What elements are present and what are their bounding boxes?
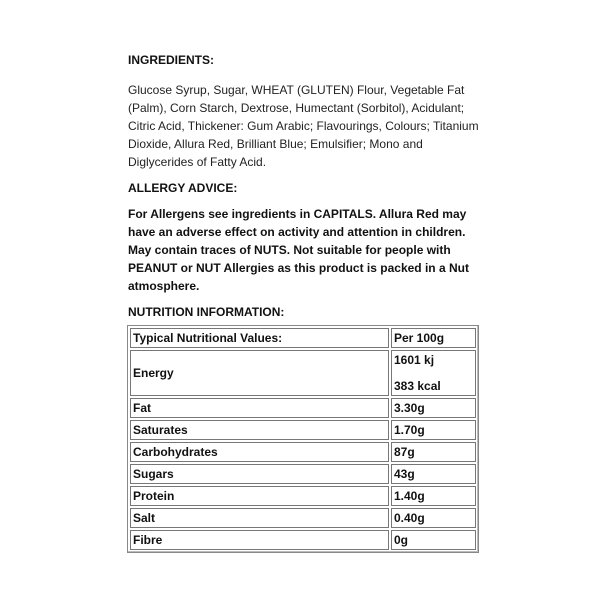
ingredients-heading: INGREDIENTS: — [128, 52, 488, 68]
energy-kj: 1601 kj — [394, 352, 473, 368]
table-row: Fibre0g — [130, 530, 476, 550]
table-row-energy: Energy 1601 kj 383 kcal — [130, 350, 476, 396]
nutrient-label: Salt — [130, 508, 389, 528]
nutrient-value: 1.70g — [391, 420, 476, 440]
nutrient-label: Fat — [130, 398, 389, 418]
table-row: Saturates1.70g — [130, 420, 476, 440]
nutrient-value: 0g — [391, 530, 476, 550]
nutrient-value: 1.40g — [391, 486, 476, 506]
energy-label: Energy — [130, 350, 389, 396]
nutrient-label: Protein — [130, 486, 389, 506]
header-value: Per 100g — [391, 328, 476, 348]
product-info: INGREDIENTS: Glucose Syrup, Sugar, WHEAT… — [128, 48, 488, 320]
ingredients-text: Glucose Syrup, Sugar, WHEAT (GLUTEN) Flo… — [128, 81, 488, 171]
table-header-row: Typical Nutritional Values: Per 100g — [130, 328, 476, 348]
nutrition-heading: NUTRITION INFORMATION: — [128, 304, 488, 320]
allergy-text: For Allergens see ingredients in CAPITAL… — [128, 205, 488, 295]
table-row: Fat3.30g — [130, 398, 476, 418]
allergy-heading: ALLERGY ADVICE: — [128, 180, 488, 196]
energy-kcal: 383 kcal — [394, 378, 473, 394]
nutrient-value: 43g — [391, 464, 476, 484]
nutrition-table: Typical Nutritional Values: Per 100g Ene… — [127, 325, 479, 553]
nutrient-value: 0.40g — [391, 508, 476, 528]
nutrient-label: Carbohydrates — [130, 442, 389, 462]
nutrient-value: 3.30g — [391, 398, 476, 418]
nutrient-label: Saturates — [130, 420, 389, 440]
header-label: Typical Nutritional Values: — [130, 328, 389, 348]
table-row: Salt0.40g — [130, 508, 476, 528]
table-row: Protein1.40g — [130, 486, 476, 506]
nutrient-label: Fibre — [130, 530, 389, 550]
nutrient-value: 87g — [391, 442, 476, 462]
table-row: Carbohydrates87g — [130, 442, 476, 462]
table-row: Sugars43g — [130, 464, 476, 484]
nutrient-label: Sugars — [130, 464, 389, 484]
energy-value: 1601 kj 383 kcal — [391, 350, 476, 396]
